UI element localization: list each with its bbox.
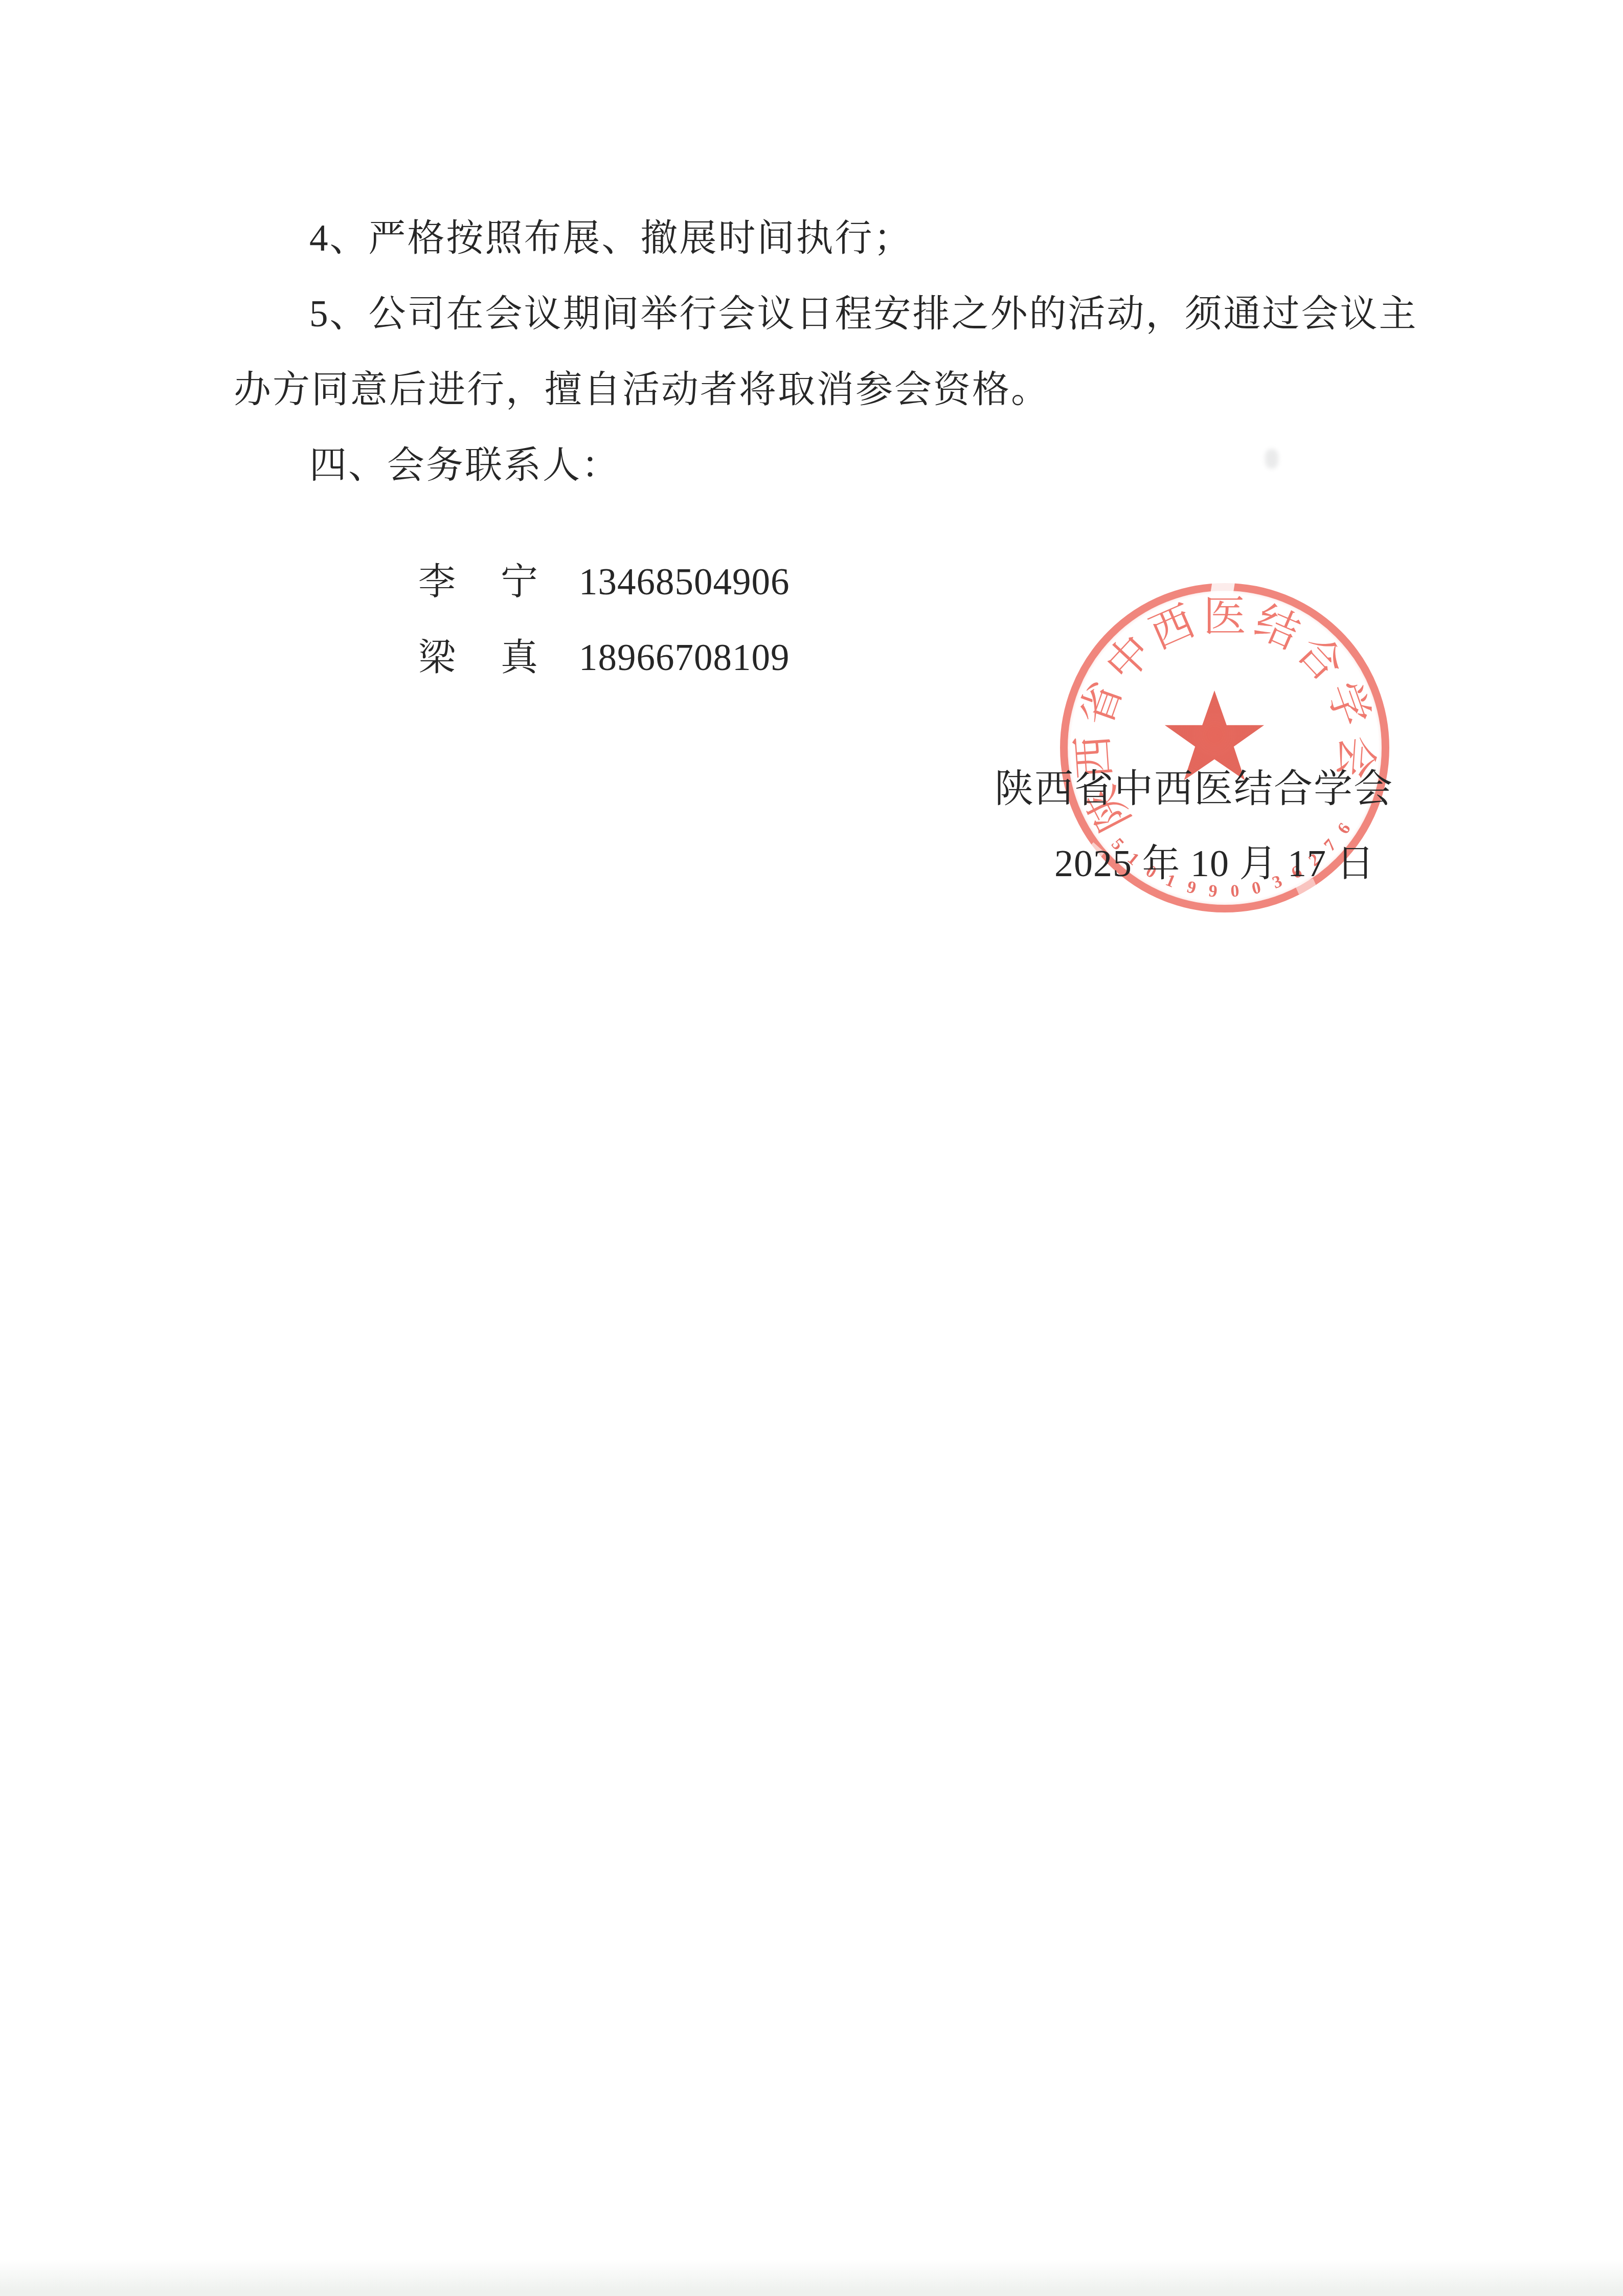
paragraph-item-5-line-1: 5、公司在会议期间举行会议日程安排之外的活动，须通过会议主 (309, 294, 1418, 335)
paragraph-item-5-line-2: 办方同意后进行，擅自活动者将取消参会资格。 (234, 369, 1050, 410)
section-heading-contacts: 四、会务联系人： (309, 445, 620, 486)
contact-given-name: 真 (501, 637, 538, 678)
signature-date: 2025 年 10 月 17 日 (1054, 833, 1375, 887)
signature-organization: 陕西省中西医结合学会 (995, 757, 1393, 813)
document-page: 4、严格按照布展、撤展时间执行； 5、公司在会议期间举行会议日程安排之外的活动，… (0, 0, 1623, 2296)
scan-edge-strip (0, 2259, 1623, 2296)
paragraph-item-4: 4、严格按照布展、撤展时间执行； (309, 218, 913, 259)
contact-row: 梁真18966708109 (381, 596, 790, 720)
contact-phone-number: 18966708109 (579, 637, 790, 678)
scan-artifact-mark (1265, 449, 1278, 469)
contact-surname: 梁 (418, 637, 456, 678)
seal-arc-character: 医 (1203, 596, 1246, 639)
